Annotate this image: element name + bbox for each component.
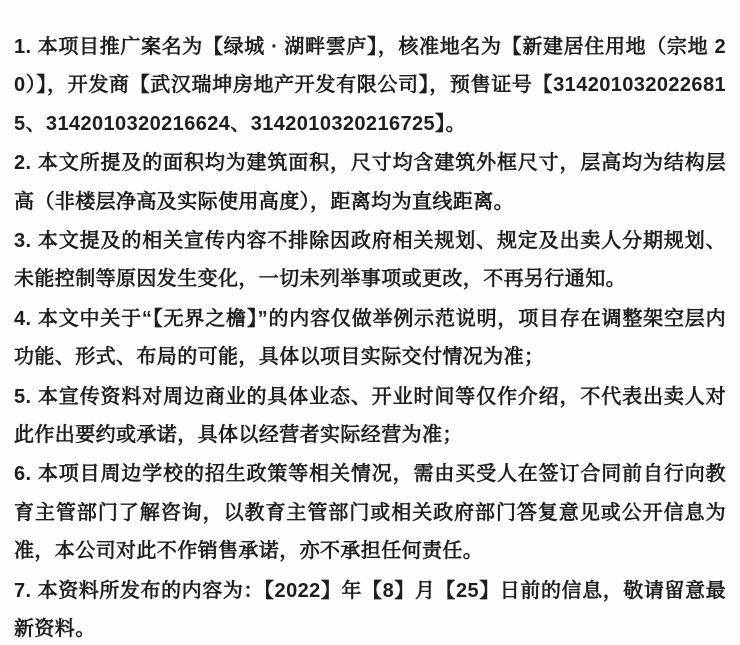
disclaimer-paragraph-4: 4. 本文中关于“【无界之檐】”的内容仅做举例示范说明，项目存在调整架空层内功能…: [14, 300, 726, 377]
disclaimer-paragraph-3: 3. 本文提及的相关宣传内容不排除因政府相关规划、规定及出卖人分期规划、未能控制…: [14, 222, 726, 299]
disclaimer-paragraph-5: 5. 本宣传资料对周边商业的具体业态、开业时间等仅作介绍，不代表出卖人对此作出要…: [14, 378, 726, 455]
disclaimer-paragraph-1: 1. 本项目推广案名为【绿城 · 湖畔雲庐】，核准地名为【新建居住用地（宗地 2…: [14, 28, 726, 143]
disclaimer-document: 1. 本项目推广案名为【绿城 · 湖畔雲庐】，核准地名为【新建居住用地（宗地 2…: [0, 0, 740, 645]
disclaimer-paragraph-7: 7. 本资料所发布的内容为：【2022】年【8】月【25】日前的信息，敬请留意最…: [14, 572, 726, 645]
disclaimer-paragraph-6: 6. 本项目周边学校的招生政策等相关情况，需由买受人在签订合同前自行向教育主管部…: [14, 455, 726, 570]
disclaimer-paragraph-2: 2. 本文所提及的面积均为建筑面积，尺寸均含建筑外框尺寸，层高均为结构层高（非楼…: [14, 144, 726, 221]
